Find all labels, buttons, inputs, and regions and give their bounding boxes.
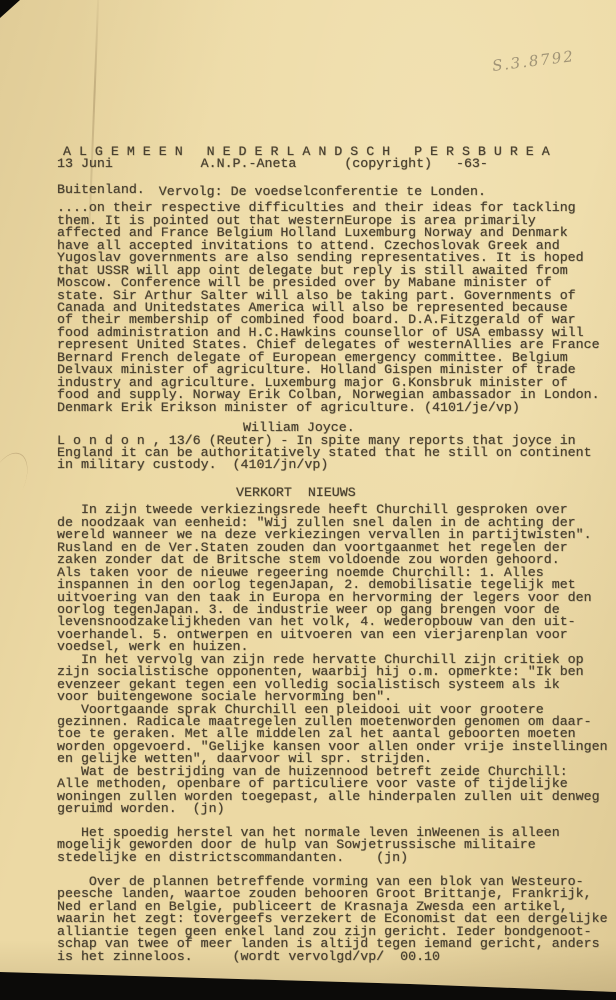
typewritten-content: A L G E M E E N N E D E R L A N D S C H … [57,146,616,963]
section-row: Buitenland.Vervolg: De voedselconferenti… [57,184,616,196]
continuation-title: Vervolg: De voedselconferentie te Londen… [159,184,486,199]
churchill-critique-paragraph: In het vervolg van zijn rede hervatte Ch… [57,654,616,704]
section-label: Buitenland. [57,182,145,197]
masthead-dateline: 13 Juni A.N.P.-Aneta (copyright) -63- [57,158,616,170]
text-line: geruimd worden. (jn) [57,803,616,815]
paper-edge-crease [0,447,36,493]
churchill-housing-paragraph: Wat de bestrijding van de huizennood bet… [57,766,616,816]
text-line: in military custody. (4101/jn/vp) [57,459,616,471]
text-line: stedelijke en districtscommandanten. (jn… [57,852,616,864]
text-line: is het zinneloos. (wordt vervolgd/vp/ 00… [57,951,616,963]
churchill-speech-paragraph: In zijn tweede verkiezingsrede heeft Chu… [57,504,616,653]
western-bloc-paragraph: Over de plannen betreffende vorming van … [57,876,616,963]
joyce-article: L o n d o n , 13/6 (Reuter) - In spite m… [57,435,616,472]
food-conference-article: ....on their respective difficulties and… [57,202,616,414]
text-line: Denmark Erik Erikson minister of agricul… [57,402,616,414]
vienna-paragraph: Het spoedig herstel van het normale leve… [57,827,616,864]
verkort-nieuws-heading: VERKORT NIEUWS [236,487,616,499]
pencil-annotation: S.3.8792 [491,47,576,75]
document-page: S.3.8792 A L G E M E E N N E D E R L A N… [0,0,616,1000]
churchill-families-paragraph: Voortgaande sprak Churchill een pleidooi… [57,704,616,766]
